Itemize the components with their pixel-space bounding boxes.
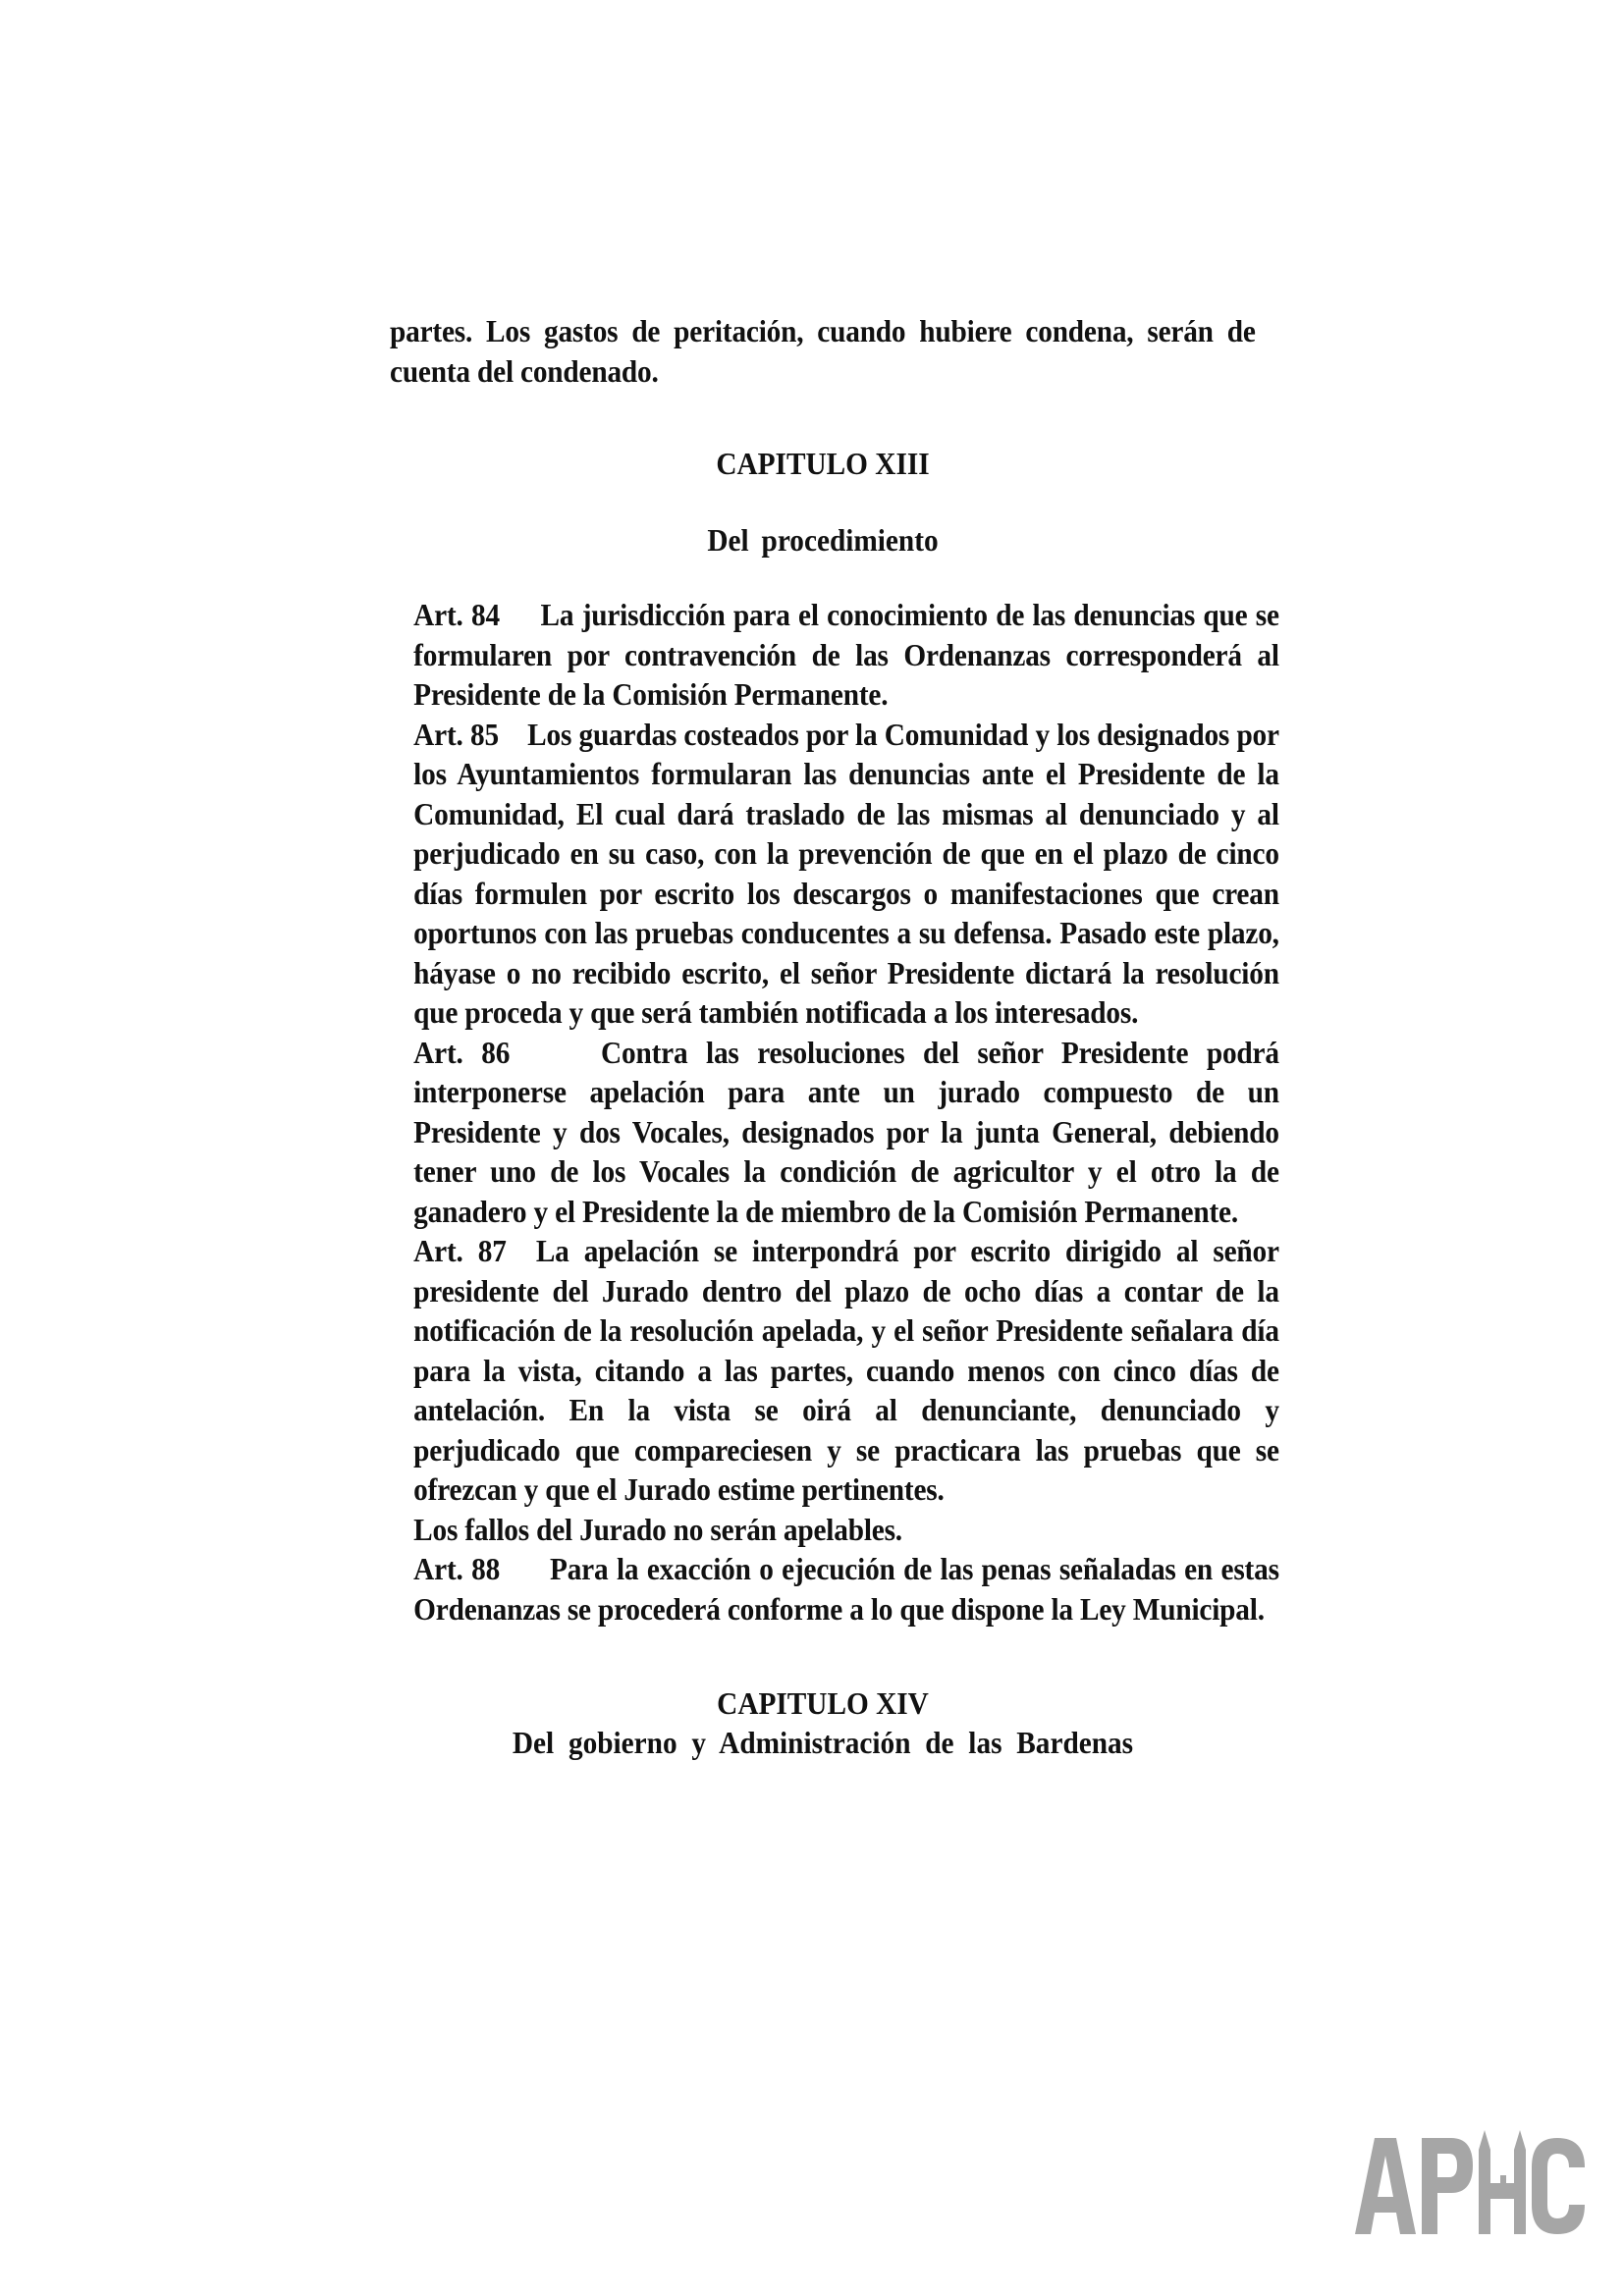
chapter-14-subtitle: Del gobierno y Administración de las Bar… — [420, 1724, 1225, 1763]
article-label: Art. 86 — [413, 1036, 510, 1070]
article-label: Art. 88 — [413, 1552, 500, 1586]
chapter-13-title: CAPITULO XIII — [420, 447, 1225, 482]
article-label: Art. 87 — [413, 1234, 506, 1268]
document-page: partes. Los gastos de peritación, cuando… — [390, 312, 1256, 1763]
continuation-paragraph: partes. Los gastos de peritación, cuando… — [390, 312, 1256, 392]
aphc-logo-icon — [1353, 2128, 1589, 2236]
chapter-13-subtitle: Del procedimiento — [420, 523, 1225, 559]
article-87: Art. 87 La apelación se interpondrá por … — [390, 1232, 1279, 1511]
article-text: Los guardas costeados por la Comunidad y… — [413, 718, 1279, 1031]
jury-rulings-note: Los fallos del Jurado no serán apelables… — [390, 1511, 1279, 1551]
article-84: Art. 84 La jurisdicción para el conocimi… — [390, 596, 1279, 716]
article-label: Art. 84 — [413, 598, 500, 632]
article-text: Para la exacción o ejecución de las pena… — [413, 1552, 1279, 1627]
article-text: Contra las resoluciones del señor Presid… — [413, 1036, 1279, 1229]
article-85: Art. 85 Los guardas costeados por la Com… — [390, 716, 1279, 1034]
article-86: Art. 86 Contra las resoluciones del seño… — [390, 1034, 1279, 1233]
article-label: Art. 85 — [413, 718, 499, 752]
article-88: Art. 88 Para la exacción o ejecución de … — [390, 1550, 1279, 1629]
chapter-14-title: CAPITULO XIV — [420, 1684, 1225, 1724]
article-text: La jurisdicción para el conocimiento de … — [413, 598, 1279, 712]
aphc-watermark-logo — [1353, 2128, 1589, 2236]
article-text: La apelación se interpondrá por escrito … — [413, 1234, 1279, 1507]
